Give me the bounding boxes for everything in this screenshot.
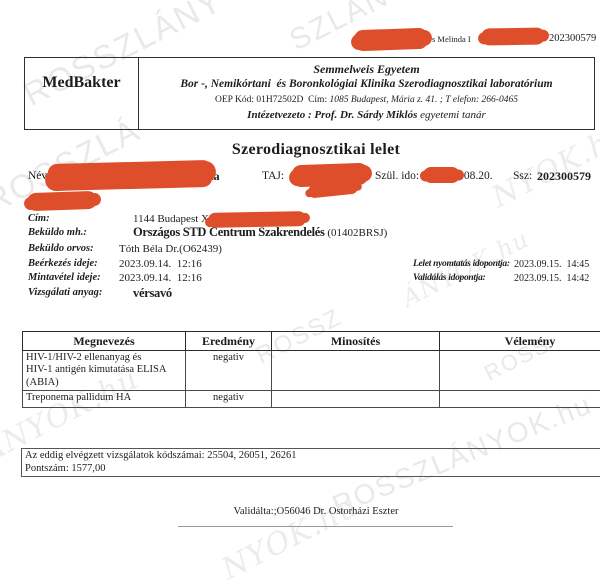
university-name: Semmelweis Egyetem	[139, 62, 594, 77]
redaction-mark	[481, 27, 545, 45]
redaction-mark	[208, 211, 306, 228]
qualification-cell	[272, 391, 440, 408]
sampling-time-label: Mintavétel ideje:	[28, 272, 101, 283]
signature-line	[178, 526, 453, 527]
exam-codes-box: Az eddig elvégzett vizsgálatok kódszámai…	[21, 448, 600, 477]
table-row: Treponema pallidum HA negativ	[23, 391, 600, 408]
birthdate-label: Szül. ido:	[375, 170, 419, 182]
sender-unit-value: Országos STD Centrum Szakrendelés (01402…	[133, 225, 387, 240]
print-time-value: 2023.09.15. 14:45	[514, 259, 589, 270]
taj-label: TAJ:	[262, 170, 284, 182]
sender-doctor-label: Beküldo orvos:	[28, 243, 94, 254]
opinion-cell	[440, 391, 600, 408]
test-name-line: HIV-1/HIV-2 ellenanyag és	[26, 352, 182, 364]
letterhead-org: Semmelweis Egyetem Bor -, Nemikórtani és…	[139, 58, 594, 129]
ssz-label: Ssz:	[513, 170, 532, 182]
oep-code-line: OEP Kód: 01H72502D Cím: 1085 Budapest, M…	[139, 95, 594, 105]
redaction-mark	[354, 28, 429, 52]
test-name-line: HIV-1 antigén kimutatása ELISA	[26, 364, 182, 376]
test-result-cell: negativ	[186, 351, 272, 391]
validation-time-label: Validálás idopontja:	[413, 273, 485, 283]
sampling-time-value: 2023.09.14. 12:16	[119, 272, 202, 284]
sample-type-label: Vizsgálati anyag:	[28, 287, 102, 298]
address-label: Cím:	[28, 213, 50, 224]
sender-unit-code: (01402BRSJ)	[325, 227, 388, 239]
director-title: egyetemi tanár	[417, 109, 485, 121]
lab-report-document: ROSSZLÁNY SZLÁNYOK.hu ROSSZLÁ NYOK.hu ÁN…	[0, 0, 600, 582]
exam-codes-line: Az eddig elvégzett vizsgálatok kódszámai…	[25, 450, 600, 463]
ssz-value: 202300579	[537, 169, 591, 184]
table-row: HIV-1/HIV-2 ellenanyag és HIV-1 antigén …	[23, 351, 600, 391]
validation-time-value: 2023.09.15. 14:42	[514, 273, 589, 284]
col-header-qualification: Minosítés	[272, 332, 440, 351]
page-title: Szerodiagnosztikai lelet	[0, 141, 600, 159]
clinic-address: 1085 Budapest, Mária z. 41. ; T elefon: …	[329, 95, 518, 105]
top-name-fragment: s Melinda I	[432, 34, 471, 44]
redaction-mark	[27, 191, 98, 211]
watermark-text: NYOK.hu	[486, 117, 600, 215]
score-line: Pontszám: 1577,00	[25, 463, 600, 476]
test-name-cell: Treponema pallidum HA	[23, 391, 186, 408]
sender-unit-label: Beküldo mh.:	[28, 227, 87, 238]
oep-code: OEP Kód: 01H72502D Cím:	[215, 95, 329, 105]
print-time-label: Lelet nyomtatás idopontja:	[413, 259, 510, 269]
results-table: Megnevezés Eredmény Minosítés Vélemény H…	[22, 331, 600, 408]
test-name-line: Treponema pallidum HA	[26, 392, 182, 404]
opinion-cell	[440, 351, 600, 391]
table-header-row: Megnevezés Eredmény Minosítés Vélemény	[23, 332, 600, 351]
test-result-cell: negativ	[186, 391, 272, 408]
director-name: Intézetvezeto : Prof. Dr. Sárdy Miklós	[247, 109, 417, 121]
col-header-opinion: Vélemény	[440, 332, 600, 351]
col-header-result: Eredmény	[186, 332, 272, 351]
sender-doctor-value: Tóth Béla Dr.(O62439)	[119, 243, 222, 255]
letterhead-box: MedBakter Semmelweis Egyetem Bor -, Nemi…	[24, 57, 595, 130]
test-name-cell: HIV-1/HIV-2 ellenanyag és HIV-1 antigén …	[23, 351, 186, 391]
col-header-name: Megnevezés	[23, 332, 186, 351]
clinic-name: Bor -, Nemikórtani és Boronkológiai Klin…	[139, 78, 594, 90]
validator-name: Validálta:;O56046 Dr. Ostorházi Eszter	[180, 506, 452, 517]
arrival-time-label: Beérkezés ideje:	[28, 258, 98, 269]
sample-type-value: vérsavó	[133, 286, 172, 301]
birthdate-partial: .08.20.	[461, 170, 493, 182]
director-line: Intézetvezeto : Prof. Dr. Sárdy Miklós e…	[139, 109, 594, 121]
redaction-mark	[48, 160, 213, 191]
lab-brand: MedBakter	[25, 58, 139, 129]
top-serial-number: 202300579	[549, 33, 596, 44]
watermark-text: NYOK.hu	[216, 489, 364, 582]
test-name-line: (ABIA)	[26, 377, 182, 389]
redaction-mark	[423, 167, 460, 183]
qualification-cell	[272, 351, 440, 391]
arrival-time-value: 2023.09.14. 12:16	[119, 258, 202, 270]
